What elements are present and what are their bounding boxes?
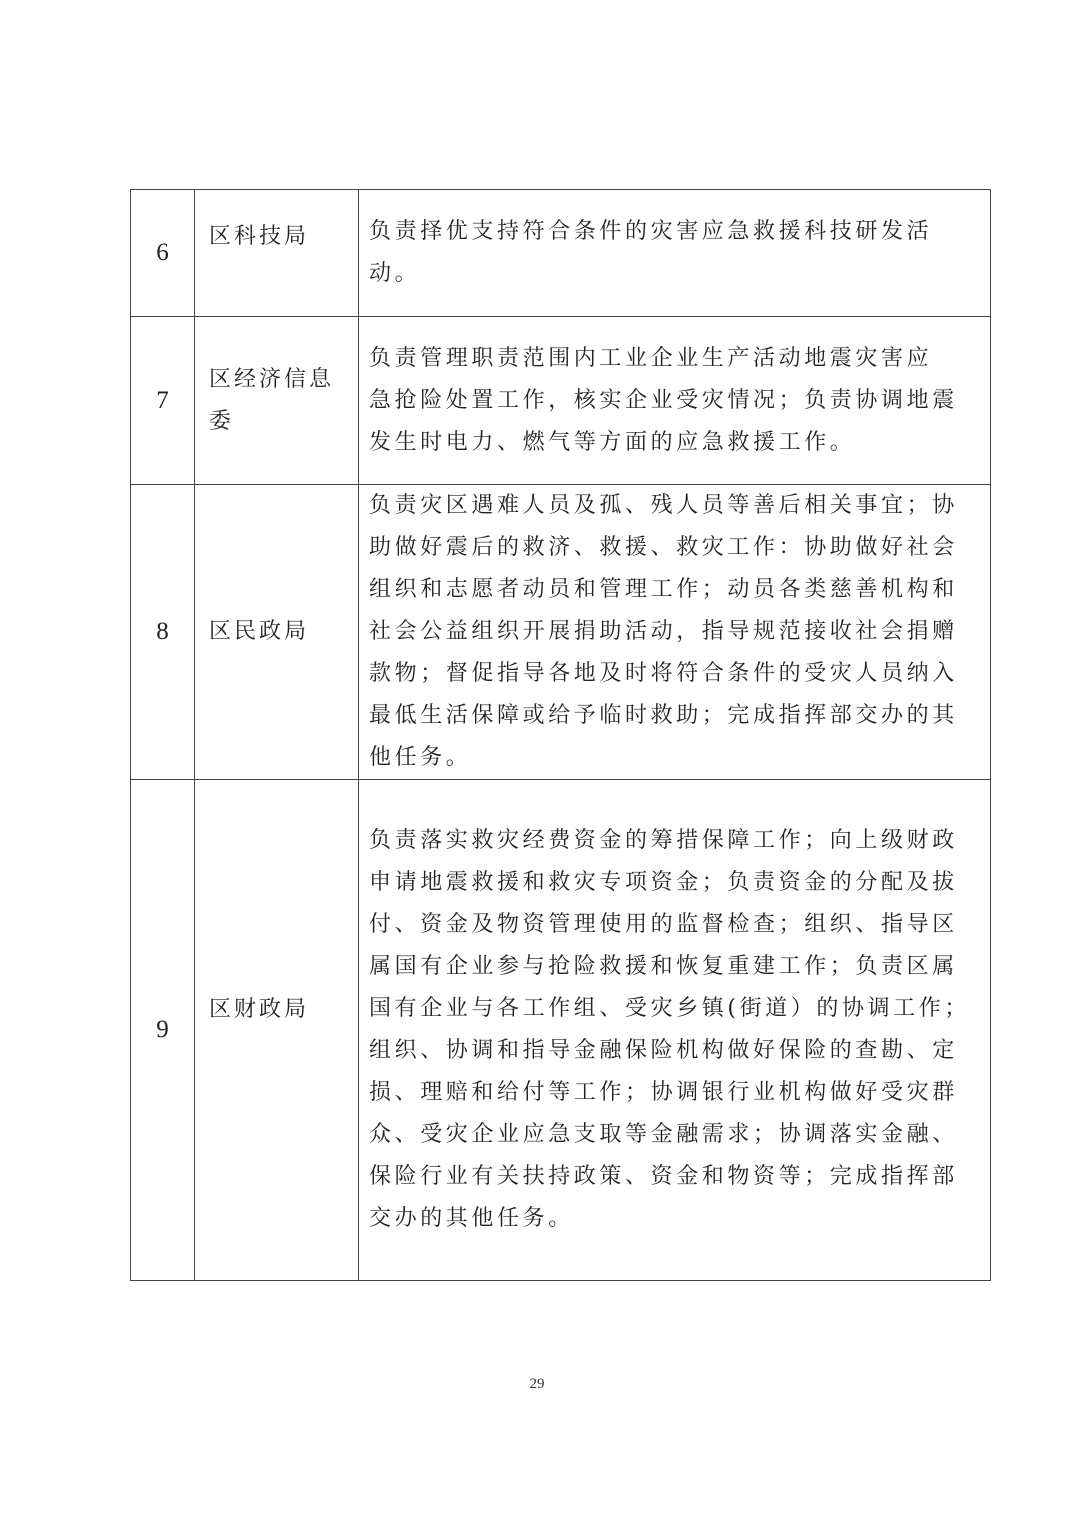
department-name: 区民政局 [195, 611, 358, 653]
row-number: 6 [131, 190, 195, 317]
duties-cell: 负责择优支持符合条件的灾害应急救援科技研发活 动。 [359, 190, 991, 317]
row-number: 7 [131, 317, 195, 485]
department-name: 区财政局 [195, 989, 358, 1031]
responsibility-table: 6 区科技局 负责择优支持符合条件的灾害应急救援科技研发活 动。 7 区经济信息… [130, 189, 991, 1281]
duties-text: 负责灾区遇难人员及孤、残人员等善后相关事宜；协 助做好震后的救济、救援、救灾工作… [359, 485, 990, 779]
duties-text: 负责择优支持符合条件的灾害应急救援科技研发活 动。 [359, 211, 990, 295]
department-cell: 区民政局 [195, 485, 359, 780]
department-cell: 区科技局 [195, 190, 359, 317]
duties-cell: 负责灾区遇难人员及孤、残人员等善后相关事宜；协 助做好震后的救济、救援、救灾工作… [359, 485, 991, 780]
duties-text: 负责管理职责范围内工业企业生产活动地震灾害应 急抢险处置工作，核实企业受灾情况；… [359, 338, 990, 464]
department-cell: 区经济信息 委 [195, 317, 359, 485]
duties-cell: 负责管理职责范围内工业企业生产活动地震灾害应 急抢险处置工作，核实企业受灾情况；… [359, 317, 991, 485]
department-name: 区科技局 [195, 190, 358, 258]
duties-cell: 负责落实救灾经费资金的筹措保障工作；向上级财政 申请地震救援和救灾专项资金；负责… [359, 780, 991, 1281]
page-number: 29 [0, 1376, 1074, 1393]
table-row: 6 区科技局 负责择优支持符合条件的灾害应急救援科技研发活 动。 [131, 190, 991, 317]
row-number: 9 [131, 780, 195, 1281]
department-cell: 区财政局 [195, 780, 359, 1281]
table-row: 7 区经济信息 委 负责管理职责范围内工业企业生产活动地震灾害应 急抢险处置工作… [131, 317, 991, 485]
table-row: 9 区财政局 负责落实救灾经费资金的筹措保障工作；向上级财政 申请地震救援和救灾… [131, 780, 991, 1281]
department-name: 区经济信息 委 [195, 359, 358, 443]
table-row: 8 区民政局 负责灾区遇难人员及孤、残人员等善后相关事宜；协 助做好震后的救济、… [131, 485, 991, 780]
row-number: 8 [131, 485, 195, 780]
duties-text: 负责落实救灾经费资金的筹措保障工作；向上级财政 申请地震救援和救灾专项资金；负责… [359, 820, 990, 1240]
